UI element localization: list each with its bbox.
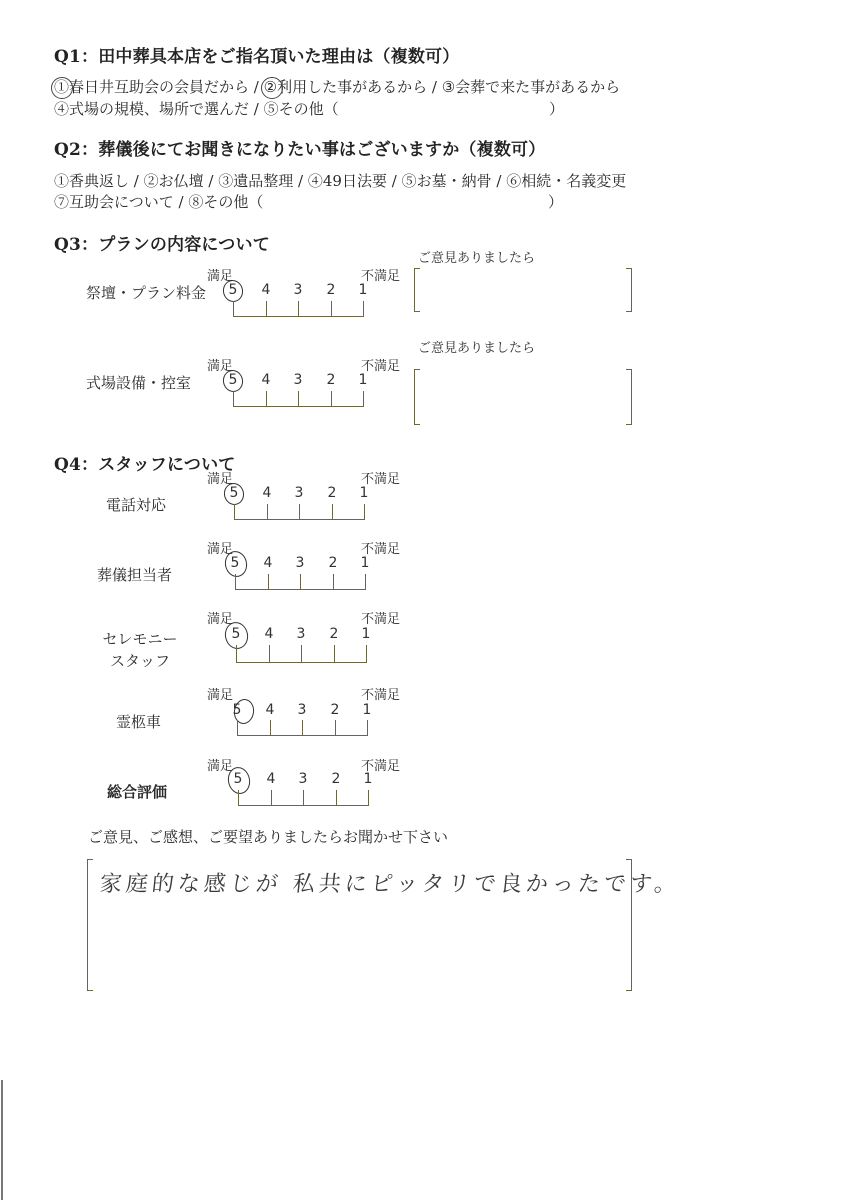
comment-bracket-right bbox=[626, 268, 632, 312]
q1-option-4[interactable]: ④式場の規模、場所で選んだ bbox=[54, 100, 249, 118]
scale-tick bbox=[367, 720, 368, 736]
q4-row-label-ceremony-staff: セレモニー スタッフ bbox=[100, 628, 180, 672]
scale-tick bbox=[331, 391, 332, 407]
scale-option-4[interactable]: 4 bbox=[261, 771, 281, 787]
scale-option-3[interactable]: 3 bbox=[291, 626, 311, 642]
scale-option-4[interactable]: 4 bbox=[258, 555, 278, 571]
scale-tick bbox=[268, 574, 269, 590]
q2-option-2[interactable]: ②お仏壇 bbox=[144, 172, 204, 190]
scale-tick bbox=[233, 391, 234, 407]
scale-option-3[interactable]: 3 bbox=[292, 702, 312, 718]
scale-option-2[interactable]: 2 bbox=[324, 626, 344, 642]
q1-option-1[interactable]: ①春日井互助会の会員だから bbox=[54, 78, 249, 96]
q3-facility-comment-field[interactable] bbox=[420, 371, 624, 421]
scale-option-3[interactable]: 3 bbox=[293, 771, 313, 787]
scale-baseline bbox=[236, 662, 367, 663]
scale-option-4[interactable]: 4 bbox=[257, 485, 277, 501]
feedback-bracket-left bbox=[87, 859, 93, 991]
scale-tick bbox=[267, 504, 268, 520]
scale-option-2[interactable]: 2 bbox=[323, 555, 343, 571]
scale-option-3[interactable]: 3 bbox=[289, 485, 309, 501]
scale-tick bbox=[298, 301, 299, 317]
scale-option-2[interactable]: 2 bbox=[325, 702, 345, 718]
scale-tick bbox=[364, 504, 365, 520]
scale-tick bbox=[363, 301, 364, 317]
q2-options-line2: ⑦互助会について / ⑧その他（ bbox=[54, 192, 263, 213]
q1-options-line1: ①春日井互助会の会員だから / ②利用した事があるから / ③会葬で来た事がある… bbox=[54, 77, 620, 98]
q3-plan-fee-comment-field[interactable] bbox=[420, 270, 624, 310]
comment-bracket-right bbox=[626, 369, 632, 425]
q4-row-label-funeral-staff: 葬儀担当者 bbox=[97, 564, 172, 585]
scale-option-5[interactable]: 5 bbox=[228, 771, 248, 787]
q2-other-close: ） bbox=[548, 192, 563, 213]
scale-option-3[interactable]: 3 bbox=[288, 282, 308, 298]
scale-tick bbox=[233, 301, 234, 317]
q2-option-8-other[interactable]: ⑧その他（ bbox=[188, 193, 263, 211]
scale-baseline bbox=[237, 735, 368, 736]
scale-tick bbox=[332, 504, 333, 520]
scale-tick bbox=[236, 645, 237, 663]
scale-tick bbox=[336, 790, 337, 806]
q2-option-4[interactable]: ④49日法要 bbox=[308, 172, 387, 190]
scale-option-2[interactable]: 2 bbox=[321, 282, 341, 298]
q3-comment-hint: ご意見ありましたら bbox=[418, 337, 535, 356]
scale-satisfied-label: 満足 bbox=[207, 684, 233, 703]
scale-tick bbox=[299, 504, 300, 520]
q3-comment-hint: ご意見ありましたら bbox=[418, 247, 535, 266]
scale-tick bbox=[331, 301, 332, 317]
scale-tick bbox=[363, 391, 364, 407]
q3-title: Q3：プランの内容について bbox=[54, 230, 270, 255]
q2-options-line1: ①香典返し / ②お仏壇 / ③遺品整理 / ④49日法要 / ⑤お墓・納骨 /… bbox=[54, 171, 626, 192]
scale-tick bbox=[270, 720, 271, 736]
scale-option-5[interactable]: 5 bbox=[225, 555, 245, 571]
scale-option-1[interactable]: 1 bbox=[355, 555, 375, 571]
q1-option-3[interactable]: ③会葬で来た事があるから bbox=[442, 78, 620, 96]
q1-option-2[interactable]: ②利用した事があるから bbox=[264, 78, 427, 96]
scale-tick bbox=[366, 645, 367, 663]
scale-baseline bbox=[233, 316, 364, 317]
scale-tick bbox=[238, 790, 239, 806]
scale-option-2[interactable]: 2 bbox=[321, 372, 341, 388]
q1-option-5-other[interactable]: ⑤その他（ bbox=[264, 100, 339, 118]
scale-option-5[interactable]: 5 bbox=[224, 485, 244, 501]
scale-option-5[interactable]: 5 bbox=[223, 282, 243, 298]
scale-tick bbox=[266, 301, 267, 317]
scale-tick bbox=[269, 645, 270, 663]
scale-option-3[interactable]: 3 bbox=[288, 372, 308, 388]
scale-option-5[interactable]: 5 bbox=[226, 626, 246, 642]
q1-other-close: ） bbox=[549, 99, 564, 120]
feedback-prompt: ご意見、ご感想、ご要望ありましたらお聞かせ下さい bbox=[88, 826, 448, 847]
scale-option-2[interactable]: 2 bbox=[322, 485, 342, 501]
ceremony-label-line2: スタッフ bbox=[100, 650, 180, 672]
scale-tick bbox=[335, 720, 336, 736]
scale-baseline bbox=[235, 589, 366, 590]
scale-tick bbox=[235, 574, 236, 590]
ceremony-label-line1: セレモニー bbox=[100, 628, 180, 650]
scale-option-4[interactable]: 4 bbox=[260, 702, 280, 718]
q4-row-label-hearse: 霊柩車 bbox=[116, 711, 161, 732]
q4-row-label-phone: 電話対応 bbox=[106, 494, 166, 515]
q3-row-label-plan-fee: 祭壇・プラン料金 bbox=[86, 282, 206, 303]
scale-tick bbox=[298, 391, 299, 407]
q3-row-label-facility: 式場設備・控室 bbox=[86, 372, 191, 393]
scale-option-1[interactable]: 1 bbox=[356, 626, 376, 642]
q2-option-7[interactable]: ⑦互助会について bbox=[54, 193, 174, 211]
q2-option-3[interactable]: ③遺品整理 bbox=[218, 172, 293, 190]
scale-tick bbox=[271, 790, 272, 806]
q1-options-line2: ④式場の規模、場所で選んだ / ⑤その他（ bbox=[54, 99, 339, 120]
q2-option-1[interactable]: ①香典返し bbox=[54, 172, 129, 190]
scan-edge-line bbox=[1, 1080, 3, 1200]
q2-option-6[interactable]: ⑥相続・名義変更 bbox=[506, 172, 626, 190]
scale-tick bbox=[266, 391, 267, 407]
scale-option-1[interactable]: 1 bbox=[357, 702, 377, 718]
scale-option-1[interactable]: 1 bbox=[354, 485, 374, 501]
scale-tick bbox=[302, 720, 303, 736]
scale-option-4[interactable]: 4 bbox=[259, 626, 279, 642]
scale-tick bbox=[368, 790, 369, 806]
q4-row-label-overall: 総合評価 bbox=[107, 781, 167, 802]
feedback-handwritten-text: 家庭的な感じが 私共にピッタリで良かったです。 bbox=[98, 867, 682, 898]
scale-tick bbox=[365, 574, 366, 590]
scale-baseline bbox=[234, 519, 365, 520]
scale-unsatisfied-label: 不満足 bbox=[361, 684, 400, 703]
scale-option-3[interactable]: 3 bbox=[290, 555, 310, 571]
scale-unsatisfied-label: 不満足 bbox=[361, 608, 400, 627]
scale-tick bbox=[333, 574, 334, 590]
scale-option-4[interactable]: 4 bbox=[256, 282, 276, 298]
scale-option-5[interactable]: 5 bbox=[223, 372, 243, 388]
scale-tick bbox=[334, 645, 335, 663]
scale-tick bbox=[234, 504, 235, 520]
scale-baseline bbox=[238, 805, 369, 806]
scale-tick bbox=[303, 790, 304, 806]
scale-option-5[interactable]: 5 bbox=[227, 702, 247, 718]
scale-satisfied-label: 満足 bbox=[207, 608, 233, 627]
q1-title: Q1：田中葬具本店をご指名頂いた理由は（複数可） bbox=[54, 42, 459, 67]
scale-option-4[interactable]: 4 bbox=[256, 372, 276, 388]
q2-title: Q2：葬儀後にてお聞きになりたい事はございますか（複数可） bbox=[54, 135, 545, 160]
scale-option-2[interactable]: 2 bbox=[326, 771, 346, 787]
feedback-textarea[interactable]: 家庭的な感じが 私共にピッタリで良かったです。 bbox=[94, 861, 624, 987]
q2-option-5[interactable]: ⑤お墓・納骨 bbox=[402, 172, 492, 190]
scale-option-1[interactable]: 1 bbox=[358, 771, 378, 787]
scale-tick bbox=[301, 645, 302, 663]
scale-option-1[interactable]: 1 bbox=[353, 372, 373, 388]
scale-tick bbox=[237, 720, 238, 736]
scale-option-1[interactable]: 1 bbox=[353, 282, 373, 298]
scale-tick bbox=[300, 574, 301, 590]
scale-baseline bbox=[233, 406, 364, 407]
